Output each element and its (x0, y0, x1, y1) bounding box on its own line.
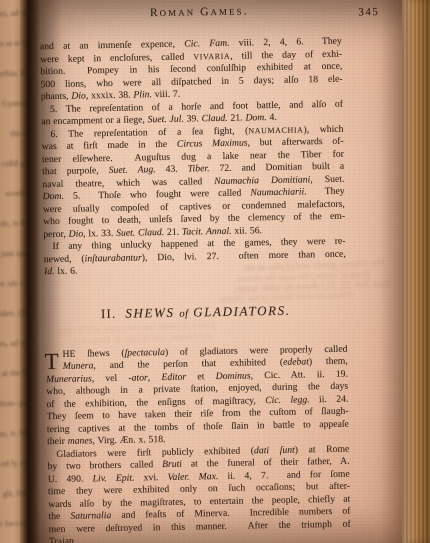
book-page: ROMAN GAMES. 345 and at an immenſe expen… (28, 0, 406, 543)
paragraph: THE ſhews (ſpectacula) of gladiators wer… (45, 343, 349, 449)
book-photo: coríes, ad wlors at te bRythia, KGymnadi… (0, 0, 430, 543)
page-header: ROMAN GAMES. 345 (28, 3, 401, 22)
paragraph: 6. The repreſentation of a ſea fight, (N… (41, 123, 345, 241)
book-fore-edge (402, 0, 430, 543)
running-title: ROMAN GAMES. (28, 3, 401, 22)
page-content: ROMAN GAMES. 345 and at an immenſe expen… (28, 0, 406, 543)
section-heading: II. SHEWS of GLADIATORS. (45, 300, 347, 323)
drop-cap: T (44, 349, 58, 372)
paragraph: and at an immenſe expence, Cic. Fam. vii… (40, 36, 343, 104)
paragraph: Gladiators were firſt publicly exhibited… (47, 443, 351, 543)
page-number: 345 (358, 6, 379, 18)
book-spine-shadow (20, 0, 40, 543)
